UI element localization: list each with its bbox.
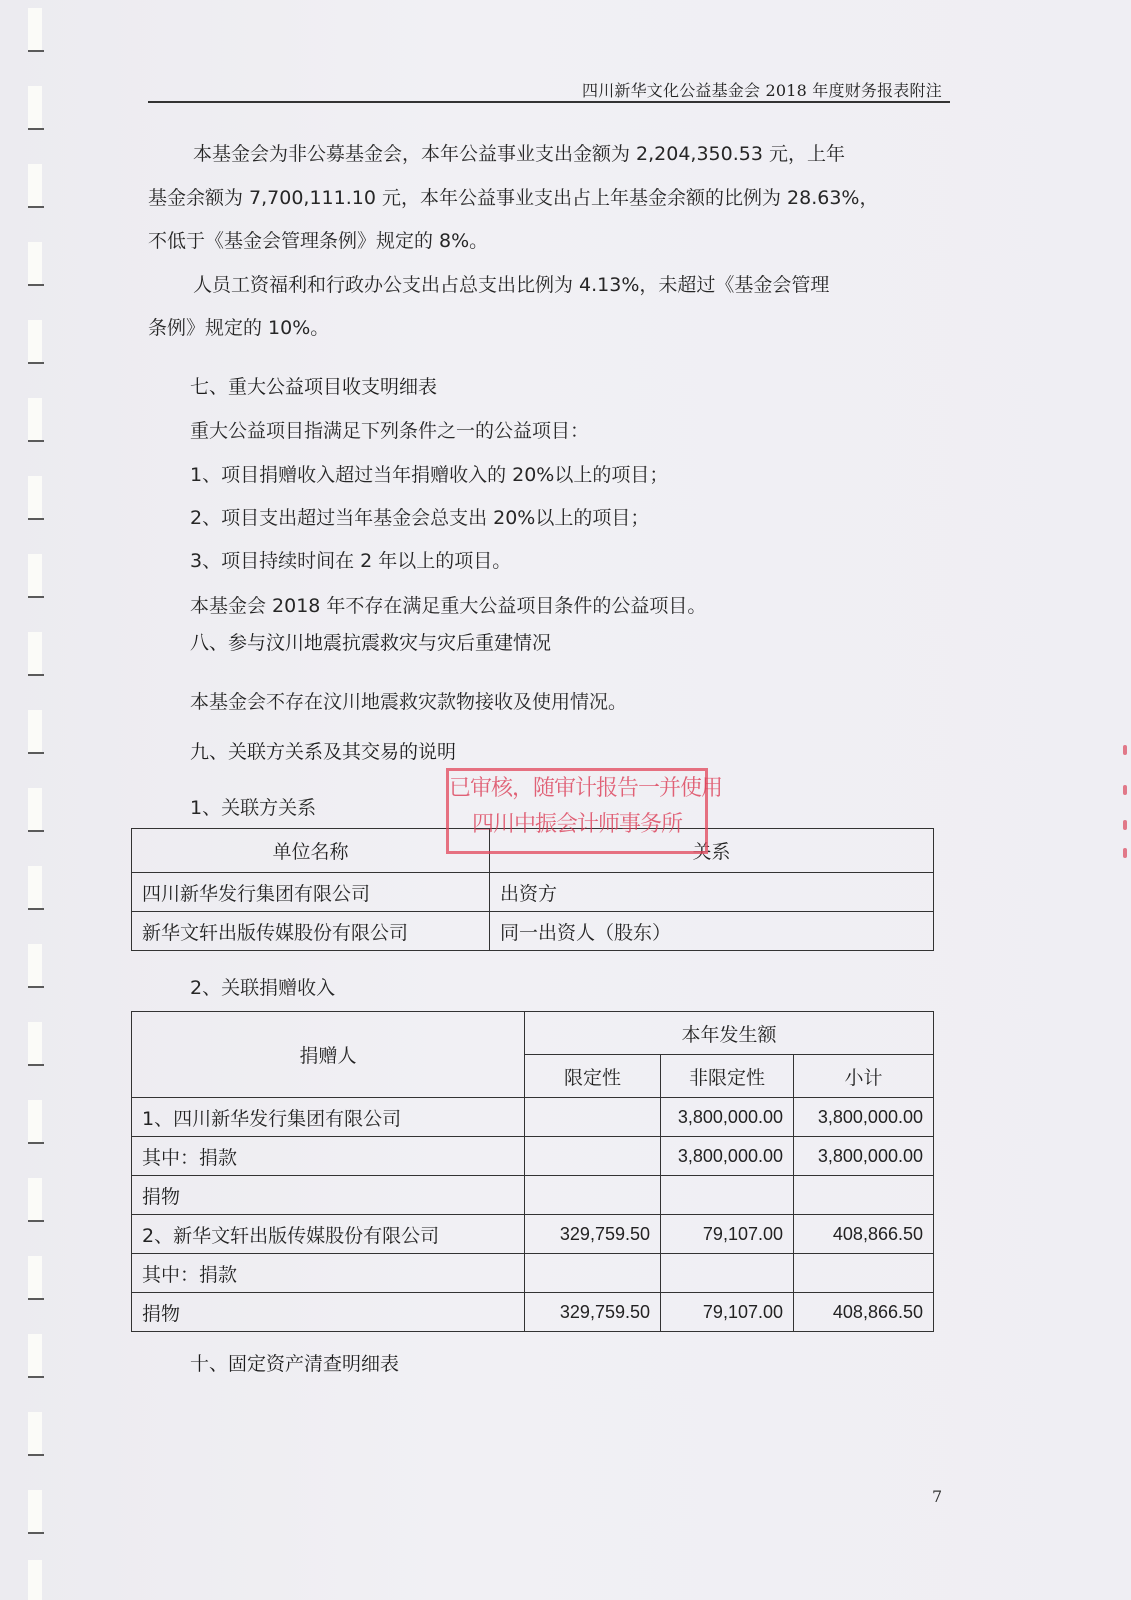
binding-hole [28,242,42,284]
binding-hole [28,320,42,362]
seal-edge-mark [1123,785,1127,795]
binding-hole [28,476,42,518]
binding-hole [28,1178,42,1220]
binding-hole [28,1256,42,1298]
intro-paragraph-1-line-1: 本基金会为非公募基金会，本年公益事业支出金额为 2,204,350.53 元，上… [193,133,845,176]
table-row: 捐物 [132,1176,934,1215]
intro-paragraph-1-line-3: 不低于《基金会管理条例》规定的 8%。 [148,220,488,263]
subtotal-cell [794,1254,934,1293]
document-header-title: 四川新华文化公益基金会 2018 年度财务报表附注 [582,78,942,101]
related-donation-income-title: 2、关联捐赠收入 [190,973,335,1000]
binding-hole [28,554,42,596]
seal-edge-mark [1123,848,1127,858]
restricted-cell [525,1137,661,1176]
donor-cell: 捐物 [132,1293,525,1332]
column-header-entity-name: 单位名称 [132,829,490,873]
restricted-cell [525,1098,661,1137]
binding-hole [28,632,42,674]
unrestricted-cell: 79,107.00 [661,1293,794,1332]
audit-stamp-line-1: 已审核，随审计报告一并使用 [449,771,705,807]
binding-hole [28,1022,42,1064]
restricted-cell [525,1176,661,1215]
binding-hole [28,944,42,986]
table-header-row: 捐赠人 本年发生额 [132,1012,934,1055]
donor-cell: 1、四川新华发行集团有限公司 [132,1098,525,1137]
column-header-current-year-amount: 本年发生额 [525,1012,934,1055]
binding-hole [28,1334,42,1376]
page-number: 7 [932,1487,942,1506]
donor-cell: 2、新华文轩出版传媒股份有限公司 [132,1215,525,1254]
related-party-relations-title: 1、关联方关系 [190,793,316,820]
table-row: 其中：捐款 [132,1254,934,1293]
section-7-conclusion: 本基金会 2018 年不存在满足重大公益项目条件的公益项目。 [190,591,706,618]
table-row: 四川新华发行集团有限公司 出资方 [132,873,934,912]
unrestricted-cell: 3,800,000.00 [661,1137,794,1176]
restricted-cell [525,1254,661,1293]
table-row: 捐物 329,759.50 79,107.00 408,866.50 [132,1293,934,1332]
intro-paragraph-2-line-1: 人员工资福利和行政办公支出占总支出比例为 4.13%，未超过《基金会管理 [193,264,829,307]
relationship-cell: 同一出资人（股东） [490,912,934,951]
document-page: 四川新华文化公益基金会 2018 年度财务报表附注 本基金会为非公募基金会，本年… [0,0,1131,1600]
subtotal-cell: 3,800,000.00 [794,1137,934,1176]
entity-name-cell: 新华文轩出版传媒股份有限公司 [132,912,490,951]
section-7-item-3: 3、项目持续时间在 2 年以上的项目。 [190,546,511,573]
table-row: 2、新华文轩出版传媒股份有限公司 329,759.50 79,107.00 40… [132,1215,934,1254]
header-rule [148,101,950,103]
section-7-heading: 七、重大公益项目收支明细表 [190,372,437,399]
relationship-cell: 出资方 [490,873,934,912]
table-row: 其中：捐款 3,800,000.00 3,800,000.00 [132,1137,934,1176]
binding-hole [28,1560,42,1600]
section-8-text: 本基金会不存在汶川地震救灾款物接收及使用情况。 [190,687,627,714]
section-9-heading: 九、关联方关系及其交易的说明 [190,737,456,764]
related-donation-income-table: 捐赠人 本年发生额 限定性 非限定性 小计 1、四川新华发行集团有限公司 3,8… [131,1011,934,1332]
donor-cell: 其中：捐款 [132,1137,525,1176]
binding-hole [28,1100,42,1142]
donor-cell: 其中：捐款 [132,1254,525,1293]
binding-hole [28,1412,42,1454]
subtotal-cell [794,1176,934,1215]
seal-edge-mark [1123,820,1127,830]
column-header-restricted: 限定性 [525,1055,661,1098]
binding-hole [28,164,42,206]
binding-hole [28,866,42,908]
section-7-intro: 重大公益项目指满足下列条件之一的公益项目： [190,416,589,443]
restricted-cell: 329,759.50 [525,1293,661,1332]
binding-hole [28,1490,42,1532]
donor-cell: 捐物 [132,1176,525,1215]
unrestricted-cell: 79,107.00 [661,1215,794,1254]
table-row: 1、四川新华发行集团有限公司 3,800,000.00 3,800,000.00 [132,1098,934,1137]
binding-hole [28,8,42,50]
binding-hole [28,398,42,440]
table-row: 新华文轩出版传媒股份有限公司 同一出资人（股东） [132,912,934,951]
intro-paragraph-2-line-2: 条例》规定的 10%。 [148,307,329,350]
unrestricted-cell: 3,800,000.00 [661,1098,794,1137]
audit-stamp: 已审核，随审计报告一并使用 四川中振会计师事务所 [446,768,708,854]
section-10-heading: 十、固定资产清查明细表 [190,1349,399,1376]
binding-hole [28,86,42,128]
seal-edge-mark [1123,745,1127,755]
restricted-cell: 329,759.50 [525,1215,661,1254]
subtotal-cell: 408,866.50 [794,1215,934,1254]
subtotal-cell: 408,866.50 [794,1293,934,1332]
column-header-donor: 捐赠人 [132,1012,525,1098]
unrestricted-cell [661,1176,794,1215]
binding-hole [28,788,42,830]
column-header-unrestricted: 非限定性 [661,1055,794,1098]
section-8-heading: 八、参与汶川地震抗震救灾与灾后重建情况 [190,628,551,655]
section-7-item-1: 1、项目捐赠收入超过当年捐赠收入的 20%以上的项目； [190,460,668,487]
section-7-item-2: 2、项目支出超过当年基金会总支出 20%以上的项目； [190,503,649,530]
column-header-subtotal: 小计 [794,1055,934,1098]
unrestricted-cell [661,1254,794,1293]
subtotal-cell: 3,800,000.00 [794,1098,934,1137]
entity-name-cell: 四川新华发行集团有限公司 [132,873,490,912]
intro-paragraph-1-line-2: 基金余额为 7,700,111.10 元，本年公益事业支出占上年基金余额的比例为… [148,177,878,220]
audit-stamp-line-2: 四川中振会计师事务所 [449,807,705,843]
binding-hole [28,710,42,752]
